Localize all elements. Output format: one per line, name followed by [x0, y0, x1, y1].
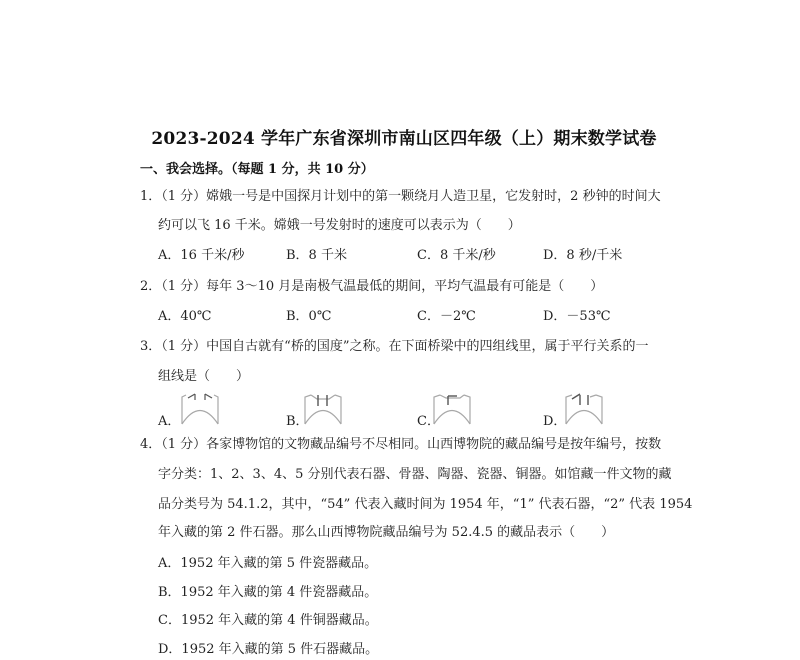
- question-1-option-d: D．8 秒/千米: [543, 247, 622, 265]
- question-4-line-3: 品分类号为 54.1.2，其中，“54” 代表入藏时间为 1954 年，“1” …: [158, 496, 692, 514]
- bridge-parallel-vertical-lines-icon: [303, 393, 343, 425]
- question-4-option-c: C．1952 年入藏的第 4 件铜器藏品。: [158, 612, 378, 630]
- question-3-line-1: 3．（1 分）中国自古就有“桥的国度”之称。在下面桥梁中的四组线里，属于平行关系…: [140, 338, 648, 356]
- question-2-option-a: A．40℃: [158, 308, 211, 326]
- question-1-line-1: 1．（1 分）嫦娥一号是中国探月计划中的第一颗绕月人造卫星，它发射时，2 秒钟的…: [140, 188, 661, 206]
- question-3-option-d: D．: [543, 410, 566, 429]
- bridge-perpendicular-lines-icon: [432, 393, 472, 425]
- question-2-option-d: D．－53℃: [543, 308, 611, 326]
- question-1-option-c: C．8 千米/秒: [417, 247, 496, 265]
- question-1-line-2: 约可以飞 16 千米。嫦娥一号发射时的速度可以表示为（ ）: [158, 217, 521, 235]
- question-4-line-2: 字分类：1、2、3、4、5 分别代表石器、骨器、陶器、瓷器、铜器。如馆藏一件文物…: [158, 466, 672, 484]
- question-2-option-c: C．－2℃: [417, 308, 476, 326]
- exam-page: 2023-2024 学年广东省深圳市南山区四年级（上）期末数学试卷 一、我会选择…: [0, 0, 800, 660]
- bridge-slanted-lines-icon: [180, 393, 220, 425]
- question-4-option-d: D．1952 年入藏的第 5 件石器藏品。: [158, 641, 378, 659]
- bridge-mixed-lines-icon: [564, 393, 604, 425]
- question-4-line-4: 年入藏的第 2 件石器。那么山西博物院藏品编号为 52.4.5 的藏品表示（ ）: [158, 524, 614, 542]
- exam-title: 2023-2024 学年广东省深圳市南山区四年级（上）期末数学试卷: [140, 124, 668, 149]
- question-4-option-a: A．1952 年入藏的第 5 件瓷器藏品。: [158, 555, 377, 573]
- question-4-option-b: B．1952 年入藏的第 4 件瓷器藏品。: [158, 584, 377, 602]
- question-2-line-1: 2．（1 分）每年 3～10 月是南极气温最低的期间，平均气温最有可能是（ ）: [140, 278, 603, 296]
- question-4-line-1: 4．（1 分）各家博物馆的文物藏品编号不尽相同。山西博物院的藏品编号是按年编号，…: [140, 436, 661, 454]
- question-3-line-2: 组线是（ ）: [158, 368, 249, 386]
- question-2-option-b: B．0℃: [286, 308, 331, 326]
- section-heading: 一、我会选择。（每题 1 分，共 10 分）: [140, 158, 374, 177]
- question-1-option-a: A．16 千米/秒: [158, 247, 244, 265]
- question-3-option-a: A．: [158, 410, 180, 429]
- question-1-option-b: B．8 千米: [286, 247, 347, 265]
